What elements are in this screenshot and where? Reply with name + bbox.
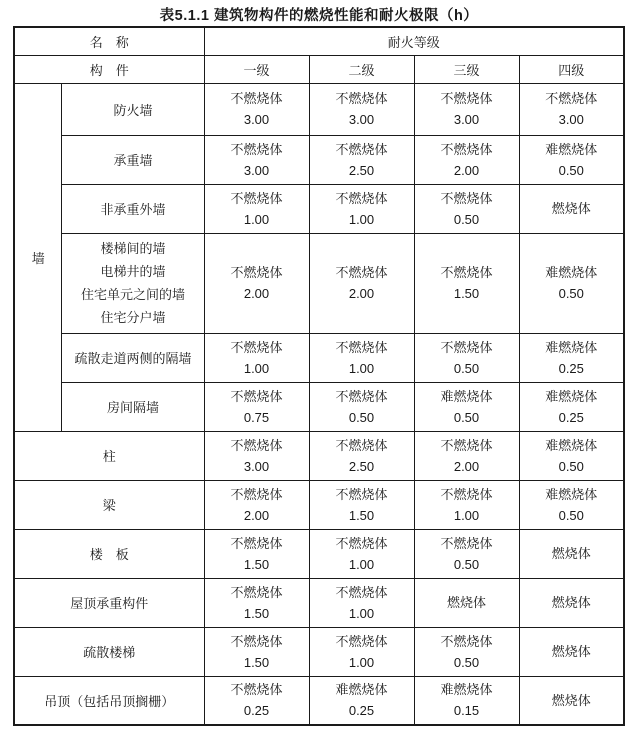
material-label: 燃烧体	[522, 198, 622, 219]
table-row: 墙 防火墙 不燃烧体3.00 不燃烧体3.00 不燃烧体3.00 不燃烧体3.0…	[14, 83, 624, 135]
material-label: 不燃烧体	[312, 631, 412, 652]
component-name-cell: 防火墙	[62, 83, 204, 135]
component-name-cell: 疏散走道两侧的隔墙	[62, 333, 204, 382]
rating-cell: 不燃烧体0.50	[414, 529, 519, 578]
limit-value: 2.00	[417, 456, 517, 477]
rating-cell: 不燃烧体0.75	[204, 382, 309, 431]
header-grade-2: 二级	[309, 55, 414, 83]
limit-value: 2.00	[312, 283, 412, 304]
material-label: 不燃烧体	[312, 435, 412, 456]
material-label: 不燃烧体	[312, 188, 412, 209]
header-fire-rating: 耐火等级	[204, 27, 624, 55]
rating-cell: 不燃烧体0.25	[204, 676, 309, 725]
header-name: 名 称	[14, 27, 204, 55]
material-label: 不燃烧体	[417, 631, 517, 652]
header-row-2: 构 件 一级 二级 三级 四级	[14, 55, 624, 83]
rating-cell: 难燃烧体0.25	[519, 382, 624, 431]
material-label: 不燃烧体	[207, 582, 307, 603]
limit-value: 0.50	[417, 407, 517, 428]
table-row: 疏散楼梯 不燃烧体1.50 不燃烧体1.00 不燃烧体0.50 燃烧体	[14, 627, 624, 676]
rating-cell: 燃烧体	[519, 627, 624, 676]
rating-cell: 不燃烧体1.00	[204, 333, 309, 382]
material-label: 不燃烧体	[312, 337, 412, 358]
material-label: 不燃烧体	[207, 88, 307, 109]
rating-cell: 不燃烧体1.00	[309, 184, 414, 233]
component-name-cell: 楼 板	[14, 529, 204, 578]
limit-value: 1.00	[207, 358, 307, 379]
material-label: 不燃烧体	[207, 631, 307, 652]
component-name-cell: 柱	[14, 431, 204, 480]
material-label: 不燃烧体	[207, 435, 307, 456]
rating-cell: 不燃烧体1.50	[204, 627, 309, 676]
rating-cell: 不燃烧体3.00	[204, 431, 309, 480]
material-label: 不燃烧体	[312, 484, 412, 505]
material-label: 不燃烧体	[417, 262, 517, 283]
material-label: 不燃烧体	[312, 139, 412, 160]
limit-value: 0.50	[417, 554, 517, 575]
material-label: 不燃烧体	[417, 484, 517, 505]
limit-value: 0.50	[417, 652, 517, 673]
table-row: 承重墙 不燃烧体3.00 不燃烧体2.50 不燃烧体2.00 难燃烧体0.50	[14, 135, 624, 184]
material-label: 不燃烧体	[417, 435, 517, 456]
material-label: 难燃烧体	[522, 139, 622, 160]
material-label: 不燃烧体	[312, 386, 412, 407]
material-label: 不燃烧体	[207, 188, 307, 209]
table-row: 屋顶承重构件 不燃烧体1.50 不燃烧体1.00 燃烧体 燃烧体	[14, 578, 624, 627]
component-name-cell: 非承重外墙	[62, 184, 204, 233]
component-name-cell: 屋顶承重构件	[14, 578, 204, 627]
limit-value: 1.00	[417, 505, 517, 526]
limit-value: 1.50	[312, 505, 412, 526]
limit-value: 2.50	[312, 160, 412, 181]
limit-value: 1.50	[207, 554, 307, 575]
limit-value: 0.50	[522, 160, 622, 181]
component-name-cell: 楼梯间的墙 电梯井的墙 住宅单元之间的墙 住宅分户墙	[62, 233, 204, 333]
material-label: 不燃烧体	[207, 679, 307, 700]
limit-value: 2.00	[207, 283, 307, 304]
component-name-cell: 承重墙	[62, 135, 204, 184]
material-label: 难燃烧体	[417, 386, 517, 407]
table-row: 楼 板 不燃烧体1.50 不燃烧体1.00 不燃烧体0.50 燃烧体	[14, 529, 624, 578]
rating-cell: 不燃烧体3.00	[519, 83, 624, 135]
material-label: 不燃烧体	[207, 484, 307, 505]
material-label: 不燃烧体	[312, 582, 412, 603]
material-label: 难燃烧体	[522, 262, 622, 283]
table-row: 梁 不燃烧体2.00 不燃烧体1.50 不燃烧体1.00 难燃烧体0.50	[14, 480, 624, 529]
material-label: 难燃烧体	[522, 337, 622, 358]
limit-value: 0.50	[417, 358, 517, 379]
material-label: 不燃烧体	[312, 262, 412, 283]
limit-value: 3.00	[417, 109, 517, 130]
material-label: 难燃烧体	[522, 386, 622, 407]
material-label: 不燃烧体	[207, 533, 307, 554]
table-row: 房间隔墙 不燃烧体0.75 不燃烧体0.50 难燃烧体0.50 难燃烧体0.25	[14, 382, 624, 431]
limit-value: 1.00	[312, 554, 412, 575]
limit-value: 0.25	[312, 700, 412, 721]
limit-value: 0.25	[522, 358, 622, 379]
material-label: 难燃烧体	[312, 679, 412, 700]
material-label: 不燃烧体	[417, 88, 517, 109]
material-label: 不燃烧体	[207, 139, 307, 160]
rating-cell: 不燃烧体3.00	[204, 135, 309, 184]
header-grade-3: 三级	[414, 55, 519, 83]
header-grade-4: 四级	[519, 55, 624, 83]
material-label: 不燃烧体	[312, 533, 412, 554]
rating-cell: 不燃烧体1.00	[309, 333, 414, 382]
limit-value: 1.50	[207, 603, 307, 624]
material-label: 不燃烧体	[417, 337, 517, 358]
fire-resistance-table: 名 称 耐火等级 构 件 一级 二级 三级 四级 墙 防火墙 不燃烧体3.00 …	[13, 26, 625, 726]
rating-cell: 燃烧体	[519, 676, 624, 725]
limit-value: 1.00	[312, 209, 412, 230]
rating-cell: 不燃烧体0.50	[414, 184, 519, 233]
rating-cell: 不燃烧体0.50	[414, 333, 519, 382]
limit-value: 2.00	[207, 505, 307, 526]
material-label: 不燃烧体	[312, 88, 412, 109]
material-label: 难燃烧体	[417, 679, 517, 700]
rating-cell: 不燃烧体3.00	[204, 83, 309, 135]
limit-value: 0.25	[207, 700, 307, 721]
limit-value: 3.00	[207, 109, 307, 130]
limit-value: 0.50	[522, 505, 622, 526]
rating-cell: 不燃烧体1.00	[309, 529, 414, 578]
material-label: 不燃烧体	[417, 533, 517, 554]
rating-cell: 不燃烧体2.00	[414, 431, 519, 480]
rating-cell: 燃烧体	[519, 578, 624, 627]
limit-value: 1.00	[207, 209, 307, 230]
material-label: 难燃烧体	[522, 484, 622, 505]
rating-cell: 不燃烧体2.00	[414, 135, 519, 184]
rating-cell: 不燃烧体2.00	[204, 480, 309, 529]
rating-cell: 难燃烧体0.50	[519, 431, 624, 480]
table-row: 楼梯间的墙 电梯井的墙 住宅单元之间的墙 住宅分户墙 不燃烧体2.00 不燃烧体…	[14, 233, 624, 333]
limit-value: 1.00	[312, 652, 412, 673]
rating-cell: 不燃烧体3.00	[414, 83, 519, 135]
material-label: 不燃烧体	[417, 188, 517, 209]
limit-value: 0.50	[522, 456, 622, 477]
rating-cell: 不燃烧体0.50	[309, 382, 414, 431]
limit-value: 0.50	[417, 209, 517, 230]
rating-cell: 不燃烧体2.00	[204, 233, 309, 333]
rating-cell: 难燃烧体0.50	[519, 480, 624, 529]
rating-cell: 不燃烧体1.50	[204, 578, 309, 627]
rating-cell: 难燃烧体0.50	[519, 135, 624, 184]
material-label: 燃烧体	[522, 690, 622, 711]
limit-value: 0.50	[312, 407, 412, 428]
limit-value: 3.00	[312, 109, 412, 130]
limit-value: 3.00	[522, 109, 622, 130]
limit-value: 3.00	[207, 160, 307, 181]
component-name-cell: 吊顶（包括吊顶搁栅）	[14, 676, 204, 725]
table-row: 非承重外墙 不燃烧体1.00 不燃烧体1.00 不燃烧体0.50 燃烧体	[14, 184, 624, 233]
rating-cell: 不燃烧体2.00	[309, 233, 414, 333]
limit-value: 0.25	[522, 407, 622, 428]
header-component: 构 件	[14, 55, 204, 83]
component-name-cell: 房间隔墙	[62, 382, 204, 431]
table-row: 疏散走道两侧的隔墙 不燃烧体1.00 不燃烧体1.00 不燃烧体0.50 难燃烧…	[14, 333, 624, 382]
rating-cell: 不燃烧体1.00	[309, 578, 414, 627]
header-row-1: 名 称 耐火等级	[14, 27, 624, 55]
material-label: 不燃烧体	[207, 337, 307, 358]
rating-cell: 燃烧体	[519, 529, 624, 578]
rating-cell: 不燃烧体2.50	[309, 431, 414, 480]
component-name-cell: 梁	[14, 480, 204, 529]
rating-cell: 难燃烧体0.50	[519, 233, 624, 333]
limit-value: 2.00	[417, 160, 517, 181]
rating-cell: 燃烧体	[519, 184, 624, 233]
limit-value: 0.50	[522, 283, 622, 304]
limit-value: 2.50	[312, 456, 412, 477]
wall-group-cell: 墙	[14, 83, 62, 431]
document-page: 表5.1.1 建筑物构件的燃烧性能和耐火极限（h） 名 称 耐火等级 构 件 一…	[0, 0, 638, 735]
table-row: 柱 不燃烧体3.00 不燃烧体2.50 不燃烧体2.00 难燃烧体0.50	[14, 431, 624, 480]
rating-cell: 燃烧体	[414, 578, 519, 627]
material-label: 难燃烧体	[522, 435, 622, 456]
material-label: 不燃烧体	[207, 386, 307, 407]
limit-value: 0.75	[207, 407, 307, 428]
rating-cell: 难燃烧体0.50	[414, 382, 519, 431]
limit-value: 0.15	[417, 700, 517, 721]
table-row: 吊顶（包括吊顶搁栅） 不燃烧体0.25 难燃烧体0.25 难燃烧体0.15 燃烧…	[14, 676, 624, 725]
material-label: 不燃烧体	[207, 262, 307, 283]
material-label: 燃烧体	[522, 641, 622, 662]
rating-cell: 不燃烧体1.50	[414, 233, 519, 333]
rating-cell: 不燃烧体1.50	[204, 529, 309, 578]
rating-cell: 不燃烧体1.00	[414, 480, 519, 529]
rating-cell: 不燃烧体1.50	[309, 480, 414, 529]
material-label: 燃烧体	[417, 592, 517, 613]
material-label: 不燃烧体	[417, 139, 517, 160]
material-label: 燃烧体	[522, 543, 622, 564]
rating-cell: 不燃烧体1.00	[309, 627, 414, 676]
rating-cell: 不燃烧体3.00	[309, 83, 414, 135]
limit-value: 1.50	[417, 283, 517, 304]
limit-value: 1.00	[312, 603, 412, 624]
table-title: 表5.1.1 建筑物构件的燃烧性能和耐火极限（h）	[0, 0, 638, 26]
rating-cell: 难燃烧体0.15	[414, 676, 519, 725]
rating-cell: 不燃烧体1.00	[204, 184, 309, 233]
limit-value: 3.00	[207, 456, 307, 477]
rating-cell: 难燃烧体0.25	[309, 676, 414, 725]
material-label: 不燃烧体	[522, 88, 622, 109]
rating-cell: 难燃烧体0.25	[519, 333, 624, 382]
header-grade-1: 一级	[204, 55, 309, 83]
material-label: 燃烧体	[522, 592, 622, 613]
limit-value: 1.00	[312, 358, 412, 379]
rating-cell: 不燃烧体2.50	[309, 135, 414, 184]
rating-cell: 不燃烧体0.50	[414, 627, 519, 676]
component-name-cell: 疏散楼梯	[14, 627, 204, 676]
limit-value: 1.50	[207, 652, 307, 673]
